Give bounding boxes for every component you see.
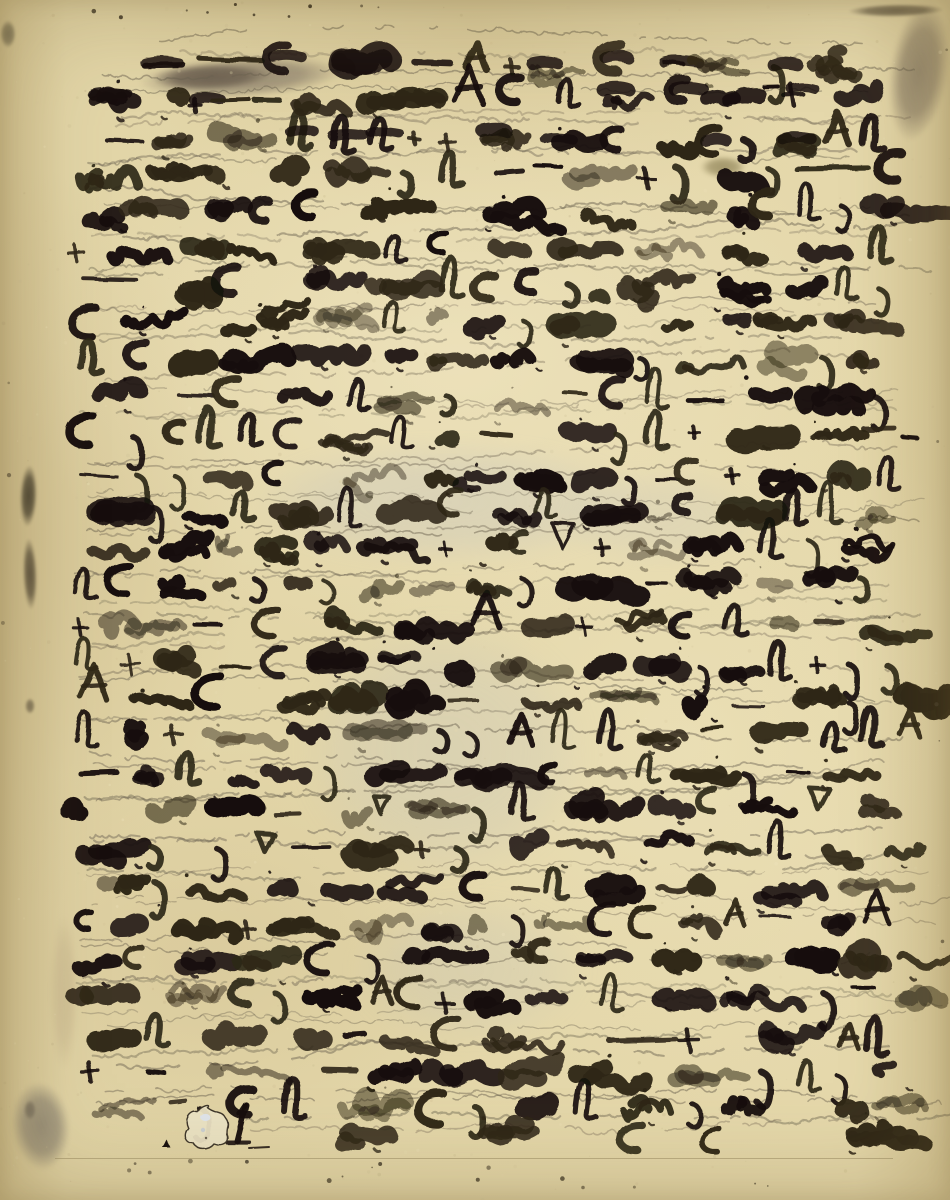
paper-grain-layer (0, 0, 950, 1200)
flower-doodle-layer (162, 1105, 269, 1149)
handwriting-svg (0, 0, 950, 1200)
bottom-rule-line (55, 1158, 893, 1159)
manuscript-page (0, 0, 950, 1200)
